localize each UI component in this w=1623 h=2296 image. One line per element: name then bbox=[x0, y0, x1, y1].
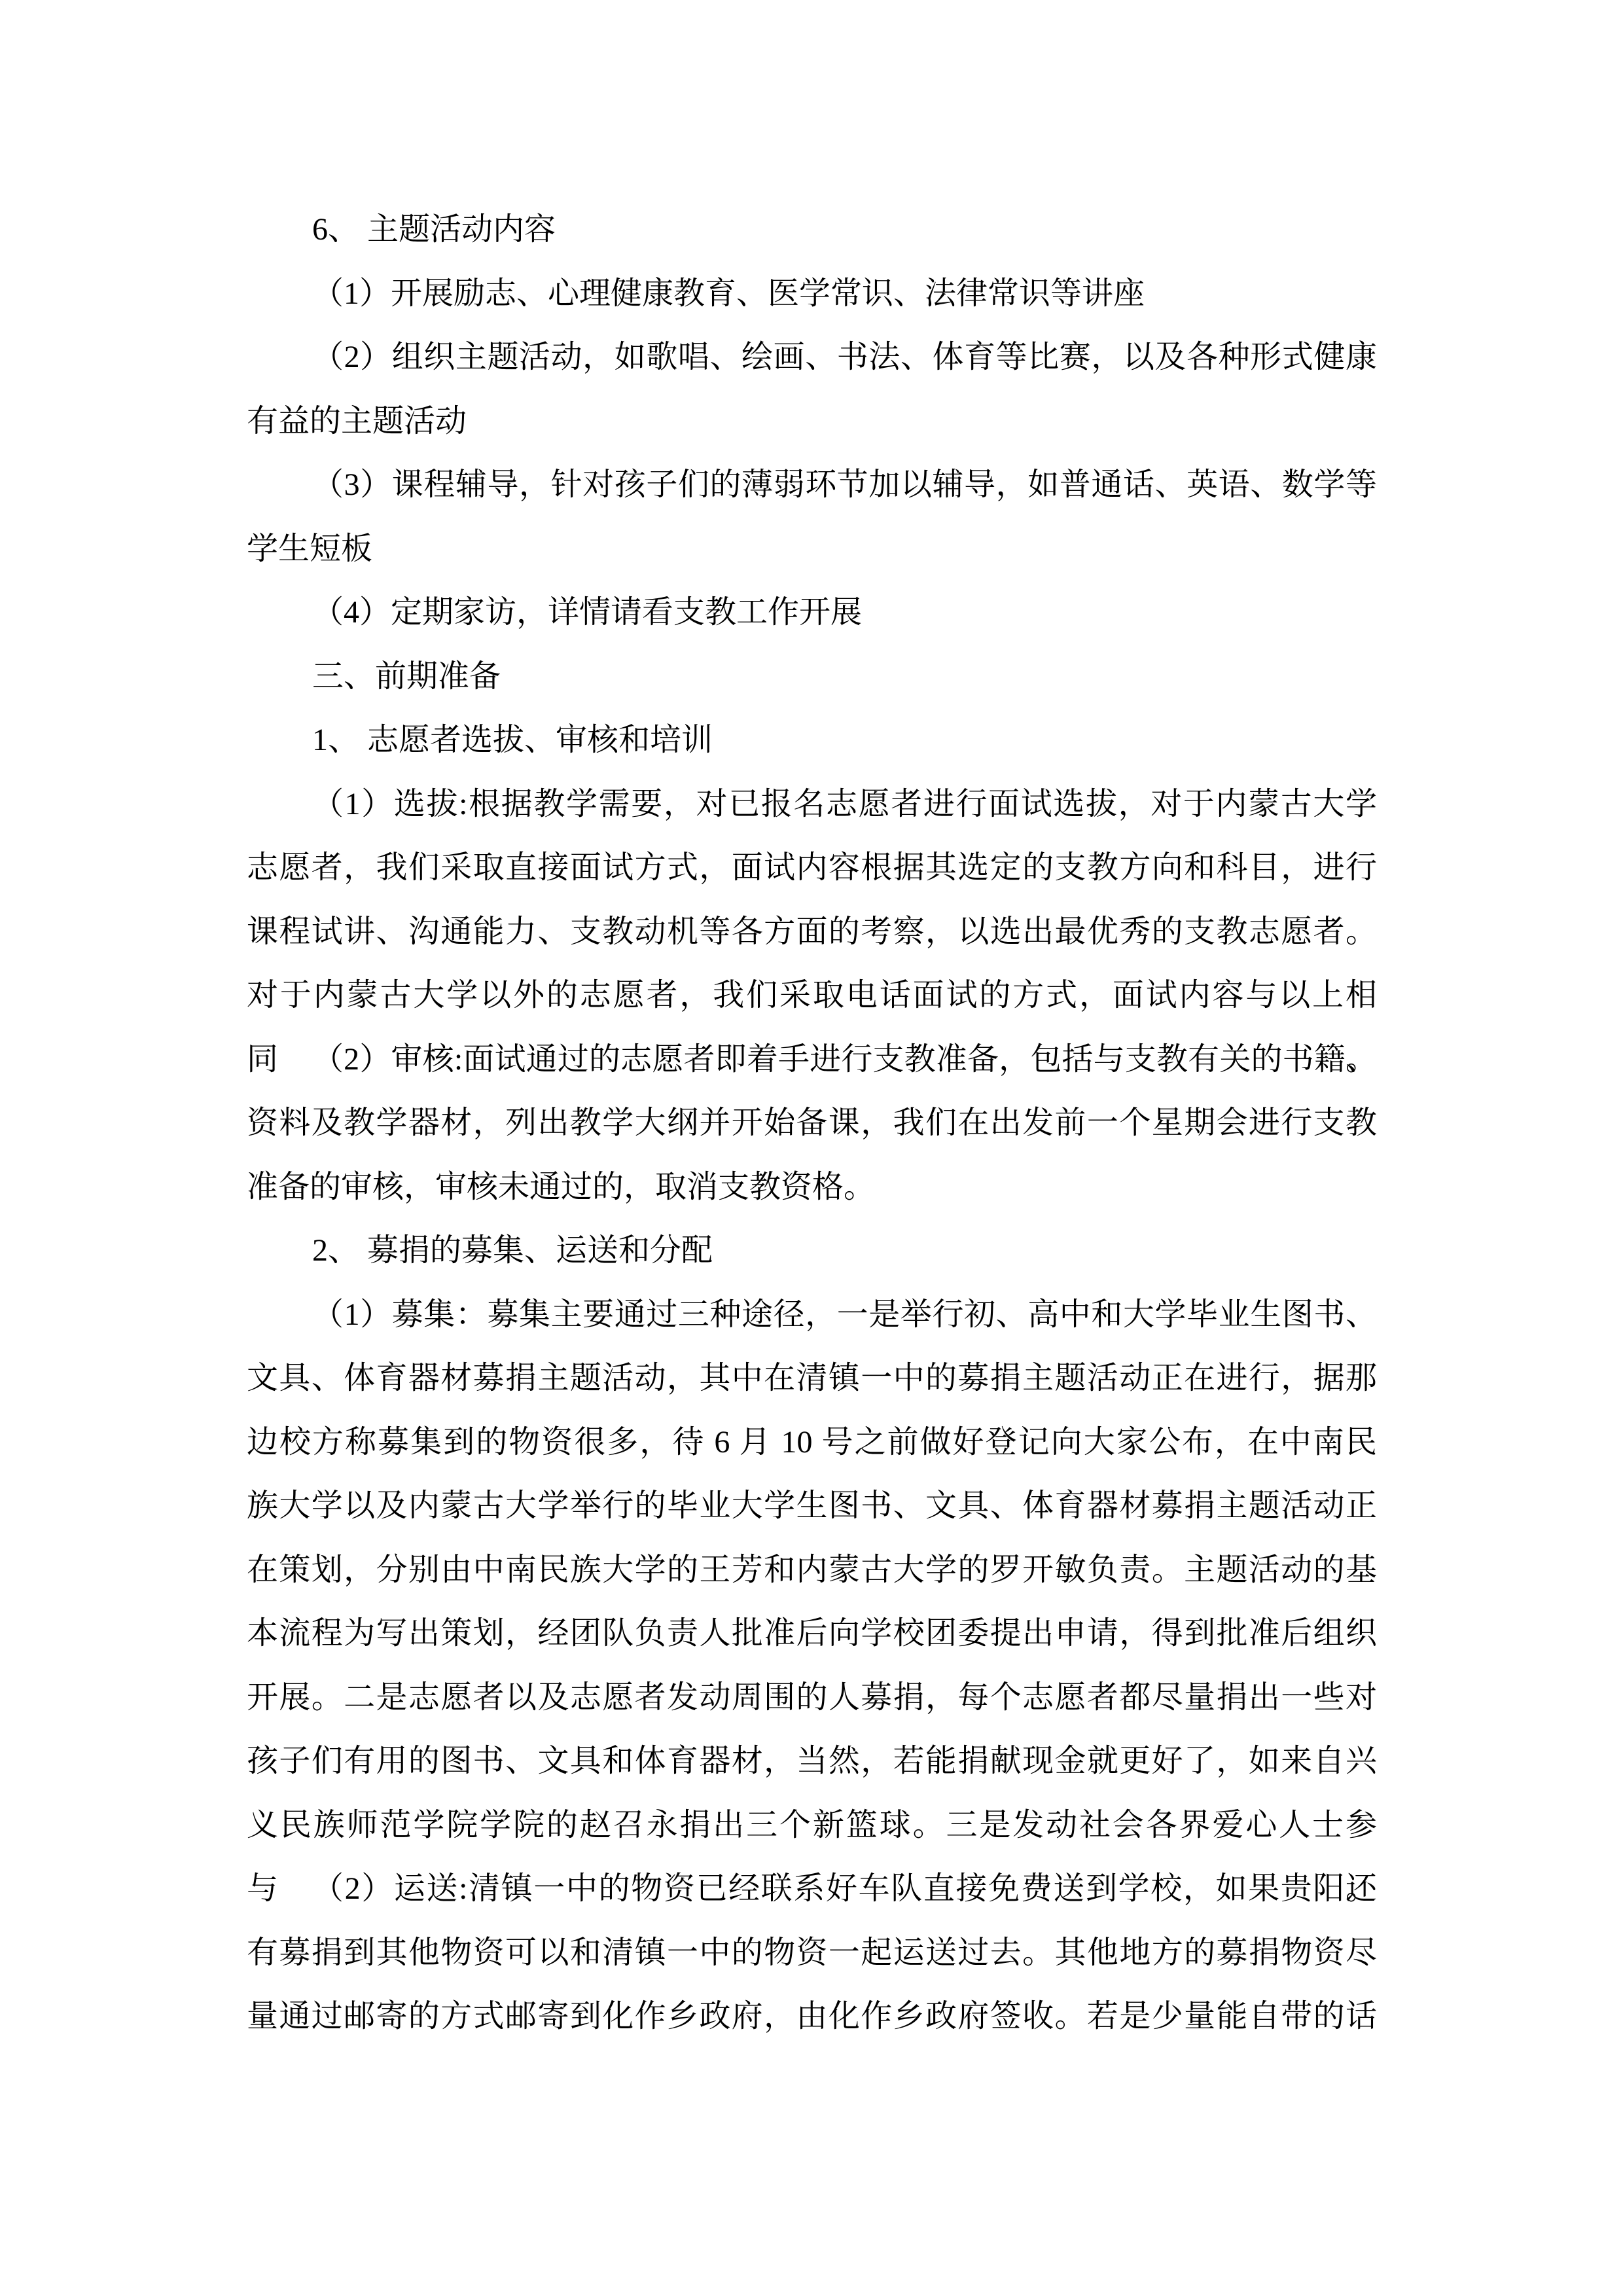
paragraph-line: 边校方称募集到的物资很多，待 6 月 10 号之前做好登记向大家公布，在中南民 bbox=[247, 1410, 1377, 1475]
paragraph-line: （4）定期家访，详情请看支教工作开展 bbox=[247, 581, 1377, 645]
paragraph-line: 学生短板 bbox=[247, 517, 1377, 581]
subsection-heading: 2、 募捐的募集、运送和分配 bbox=[247, 1219, 1377, 1283]
paragraph-line: （1）开展励志、心理健康教育、医学常识、法律常识等讲座 bbox=[247, 262, 1377, 326]
paragraph-line: 志愿者，我们采取直接面试方式，面试内容根据其选定的支教方向和科目，进行 bbox=[247, 836, 1377, 900]
paragraph-line: 族大学以及内蒙古大学举行的毕业大学生图书、文具、体育器材募捐主题活动正 bbox=[247, 1474, 1377, 1538]
list-item: （1）募集：募集主要通过三种途径，一是举行初、高中和大学毕业生图书、 文具、体育… bbox=[247, 1283, 1377, 1857]
section-activity-content: 6、 主题活动内容 （1）开展励志、心理健康教育、医学常识、法律常识等讲座 （2… bbox=[247, 198, 1377, 645]
section-preparation: 三、前期准备 bbox=[247, 645, 1377, 709]
paragraph-line: 有益的主题活动 bbox=[247, 389, 1377, 454]
paragraph-line: 文具、体育器材募捐主题活动，其中在清镇一中的募捐主题活动正在进行，据那 bbox=[247, 1346, 1377, 1410]
section-donations: 2、 募捐的募集、运送和分配 （1）募集：募集主要通过三种途径，一是举行初、高中… bbox=[247, 1219, 1377, 2049]
paragraph-line: （3）课程辅导，针对孩子们的薄弱环节加以辅导，如普通话、英语、数学等 bbox=[247, 453, 1377, 517]
paragraph-line: 量通过邮寄的方式邮寄到化作乡政府，由化作乡政府签收。若是少量能自带的话 bbox=[247, 1984, 1377, 2049]
section-heading: 三、前期准备 bbox=[247, 645, 1377, 709]
paragraph-line: （2）运送:清镇一中的物资已经联系好车队直接免费送到学校，如果贵阳还 bbox=[247, 1857, 1377, 1921]
list-item: （4）定期家访，详情请看支教工作开展 bbox=[247, 581, 1377, 645]
list-item: （1）选拔:根据教学需要，对已报名志愿者进行面试选拔，对于内蒙古大学 志愿者，我… bbox=[247, 772, 1377, 1028]
paragraph-line: （1）募集：募集主要通过三种途径，一是举行初、高中和大学毕业生图书、 bbox=[247, 1283, 1377, 1347]
list-item: （2）组织主题活动，如歌唱、绘画、书法、体育等比赛，以及各种形式健康 有益的主题… bbox=[247, 325, 1377, 453]
paragraph-line: 资料及教学器材，列出教学大纲并开始备课，我们在出发前一个星期会进行支教 bbox=[247, 1091, 1377, 1155]
list-item: （1）开展励志、心理健康教育、医学常识、法律常识等讲座 bbox=[247, 262, 1377, 326]
section-volunteer-selection: 1、 志愿者选拔、审核和培训 （1）选拔:根据教学需要，对已报名志愿者进行面试选… bbox=[247, 708, 1377, 1219]
paragraph-line: 准备的审核，审核未通过的，取消支教资格。 bbox=[247, 1155, 1377, 1219]
paragraph-line: 有募捐到其他物资可以和清镇一中的物资一起运送过去。其他地方的募捐物资尽 bbox=[247, 1921, 1377, 1985]
list-item: （2）审核:面试通过的志愿者即着手进行支教准备，包括与支教有关的书籍、 资料及教… bbox=[247, 1028, 1377, 1219]
paragraph-line: （1）选拔:根据教学需要，对已报名志愿者进行面试选拔，对于内蒙古大学 bbox=[247, 772, 1377, 836]
document-page: 6、 主题活动内容 （1）开展励志、心理健康教育、医学常识、法律常识等讲座 （2… bbox=[0, 0, 1623, 2296]
paragraph-line: 课程试讲、沟通能力、支教动机等各方面的考察，以选出最优秀的支教志愿者。 bbox=[247, 900, 1377, 964]
paragraph-line: 义民族师范学院学院的赵召永捐出三个新篮球。三是发动社会各界爱心人士参与。 bbox=[247, 1793, 1377, 1857]
subsection-heading: 1、 志愿者选拔、审核和培训 bbox=[247, 708, 1377, 772]
paragraph-line: 开展。二是志愿者以及志愿者发动周围的人募捐，每个志愿者都尽量捐出一些对 bbox=[247, 1666, 1377, 1730]
document-body: 6、 主题活动内容 （1）开展励志、心理健康教育、医学常识、法律常识等讲座 （2… bbox=[247, 198, 1377, 2049]
paragraph-line: 对于内蒙古大学以外的志愿者，我们采取电话面试的方式，面试内容与以上相同。 bbox=[247, 963, 1377, 1028]
list-item: （2）运送:清镇一中的物资已经联系好车队直接免费送到学校，如果贵阳还 有募捐到其… bbox=[247, 1857, 1377, 2049]
paragraph-line: （2）组织主题活动，如歌唱、绘画、书法、体育等比赛，以及各种形式健康 bbox=[247, 325, 1377, 389]
paragraph-line: 孩子们有用的图书、文具和体育器材，当然，若能捐献现金就更好了，如来自兴 bbox=[247, 1729, 1377, 1793]
section-heading: 6、 主题活动内容 bbox=[247, 198, 1377, 262]
list-item: （3）课程辅导，针对孩子们的薄弱环节加以辅导，如普通话、英语、数学等 学生短板 bbox=[247, 453, 1377, 581]
paragraph-line: 本流程为写出策划，经团队负责人批准后向学校团委提出申请，得到批准后组织 bbox=[247, 1602, 1377, 1666]
paragraph-line: （2）审核:面试通过的志愿者即着手进行支教准备，包括与支教有关的书籍、 bbox=[247, 1028, 1377, 1092]
paragraph-line: 在策划，分别由中南民族大学的王芳和内蒙古大学的罗开敏负责。主题活动的基 bbox=[247, 1538, 1377, 1602]
